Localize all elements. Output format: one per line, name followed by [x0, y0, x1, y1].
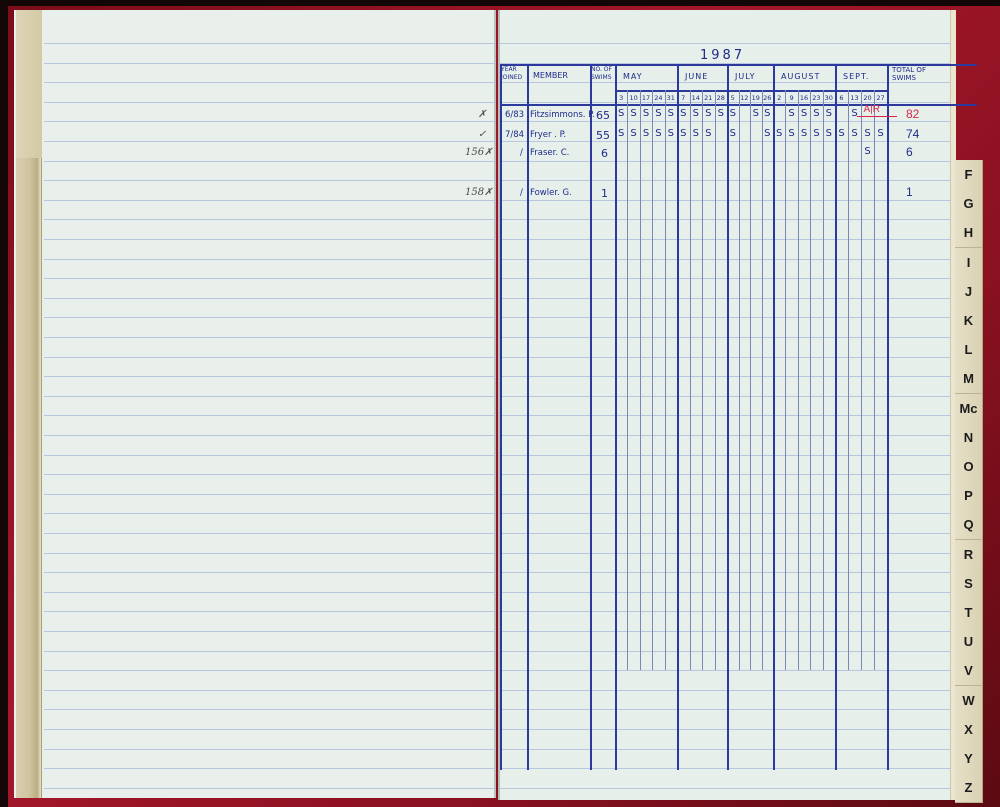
date-column-divider: [702, 90, 703, 670]
column-divider: [615, 64, 617, 770]
index-tab-s[interactable]: S: [955, 569, 983, 599]
ruled-line: [44, 121, 494, 122]
date-label: 23: [810, 94, 822, 102]
date-column-divider: [739, 90, 740, 670]
left-page: [14, 10, 496, 798]
date-column-divider: [823, 90, 824, 670]
attendance-mark: S: [786, 108, 798, 119]
ruled-line: [500, 533, 950, 534]
ruled-line: [44, 63, 494, 64]
attendance-mark: S: [798, 128, 810, 139]
date-label: 20: [862, 94, 874, 102]
index-tab-h[interactable]: H: [955, 218, 983, 248]
ruled-line: [44, 788, 494, 789]
attendance-mark: S: [615, 128, 627, 139]
column-divider: [835, 64, 837, 770]
ruled-line: [44, 200, 494, 201]
attendance-mark: S: [810, 108, 822, 119]
column-divider: [677, 64, 679, 770]
index-tab-o[interactable]: O: [955, 452, 983, 482]
ruled-line: [500, 553, 950, 554]
ruled-line: [44, 298, 494, 299]
attendance-mark: S: [773, 128, 785, 139]
ruled-line: [500, 415, 950, 416]
ruled-line: [44, 278, 494, 279]
attendance-mark: S: [640, 128, 652, 139]
attendance-mark: S: [715, 108, 727, 119]
date-label: 7: [677, 94, 689, 102]
date-column-divider: [640, 90, 641, 670]
ruled-line: [500, 592, 950, 593]
left-page-stub: [16, 158, 42, 798]
ruled-line: [500, 494, 950, 495]
year-joined: 7/84: [505, 130, 524, 140]
ruled-line: [44, 376, 494, 377]
attendance-mark: S: [849, 128, 861, 139]
ruled-line: [44, 435, 494, 436]
index-tab-mc[interactable]: Mc: [955, 394, 983, 424]
attendance-mark: S: [665, 128, 677, 139]
ruled-line: [500, 690, 950, 691]
ruled-line: [44, 82, 494, 83]
ruled-line: [500, 259, 950, 260]
ruled-line: [44, 180, 494, 181]
alphabet-index-tabs: FGHIJKLMMcNOPQRSTUVWXYZ: [955, 160, 985, 800]
margin-mark: ✗: [478, 109, 486, 120]
index-tab-t[interactable]: T: [955, 598, 983, 628]
prior-swims-count: 6: [601, 147, 608, 160]
attendance-mark: S: [786, 128, 798, 139]
year-joined: /: [520, 188, 523, 198]
cover-shadow: [0, 0, 8, 807]
attendance-mark: S: [798, 108, 810, 119]
date-column-divider: [665, 90, 666, 670]
ruled-line: [44, 141, 494, 142]
ruled-line: [44, 396, 494, 397]
date-label: 21: [702, 94, 714, 102]
ruled-line: [500, 200, 950, 201]
attendance-mark: S: [652, 108, 664, 119]
index-tab-w[interactable]: W: [955, 686, 983, 716]
date-column-divider: [785, 90, 786, 670]
date-column-divider: [810, 90, 811, 670]
header-total-swims: Total of Swims: [892, 66, 947, 82]
ruled-line: [500, 82, 950, 83]
attendance-mark: S: [836, 128, 848, 139]
date-column-divider: [762, 90, 763, 670]
ruled-line: [44, 690, 494, 691]
date-column-divider: [874, 90, 875, 670]
ruled-line: [500, 572, 950, 573]
ruled-line: [500, 278, 950, 279]
month-label-june: June: [685, 72, 708, 81]
ruled-line: [44, 259, 494, 260]
date-label: 12: [738, 94, 750, 102]
total-swims: 82: [906, 107, 919, 121]
annotation-ar: A|R: [864, 104, 881, 115]
attendance-mark: S: [652, 128, 664, 139]
attendance-mark: S: [823, 128, 835, 139]
attendance-mark: S: [615, 108, 627, 119]
ruled-line: [500, 239, 950, 240]
attendance-mark: S: [690, 128, 702, 139]
attendance-mark: S: [823, 108, 835, 119]
index-tab-z[interactable]: Z: [955, 773, 983, 803]
ruled-line: [500, 768, 950, 769]
attendance-mark: S: [862, 146, 874, 157]
attendance-mark: S: [677, 128, 689, 139]
member-name: Fryer . P.: [530, 130, 566, 140]
month-label-july: July: [735, 72, 756, 81]
ruled-line: [44, 709, 494, 710]
ruled-line: [44, 768, 494, 769]
attendance-mark: S: [849, 108, 861, 119]
index-tab-q[interactable]: Q: [955, 510, 983, 540]
attendance-mark: S: [862, 128, 874, 139]
header-top-line: [500, 64, 977, 66]
date-label: 19: [750, 94, 762, 102]
ruled-line: [500, 709, 950, 710]
ruled-line: [44, 455, 494, 456]
prior-swims-count: 1: [601, 187, 608, 200]
ruled-line: [44, 102, 494, 103]
column-divider: [773, 64, 775, 770]
column-divider: [527, 64, 529, 770]
cover-shadow: [0, 0, 1000, 6]
date-column-divider: [798, 90, 799, 670]
index-tab-v[interactable]: V: [955, 656, 983, 686]
ruled-line: [500, 749, 950, 750]
date-label: 16: [798, 94, 810, 102]
ruled-line: [44, 219, 494, 220]
ruled-line: [500, 180, 950, 181]
attendance-mark: S: [727, 128, 739, 139]
ruled-line: [44, 572, 494, 573]
date-column-divider: [715, 90, 716, 670]
date-label: 9: [786, 94, 798, 102]
ruled-line: [44, 317, 494, 318]
member-name: Fitzsimmons. P.: [530, 110, 595, 120]
header-member: Member: [533, 72, 568, 80]
attendance-mark: S: [665, 108, 677, 119]
total-swims: 6: [906, 145, 913, 159]
column-divider: [887, 64, 889, 770]
member-name: Fraser. C.: [530, 148, 569, 158]
total-swims: 1: [906, 185, 913, 199]
ruled-line: [500, 729, 950, 730]
index-tab-p[interactable]: P: [955, 481, 983, 511]
date-label: 5: [727, 94, 739, 102]
attendance-mark: S: [875, 128, 887, 139]
date-label: 14: [690, 94, 702, 102]
ruled-line: [44, 415, 494, 416]
ruled-line: [44, 513, 494, 514]
column-divider: [500, 64, 502, 770]
ruled-line: [44, 553, 494, 554]
ruled-line: [500, 455, 950, 456]
ruled-line: [44, 592, 494, 593]
index-tab-m[interactable]: M: [955, 364, 983, 394]
month-label-sept: Sept.: [843, 72, 869, 81]
ledger-year: 1987: [700, 48, 745, 63]
attendance-mark: S: [690, 108, 702, 119]
ruled-line: [500, 513, 950, 514]
date-label: 6: [836, 94, 848, 102]
ruled-line: [44, 357, 494, 358]
ruled-line: [44, 729, 494, 730]
margin-mark: 156✗: [465, 147, 492, 158]
ruled-line: [44, 749, 494, 750]
date-label: 17: [640, 94, 652, 102]
ruled-line: [500, 357, 950, 358]
header-mid-line: [615, 90, 887, 92]
ruled-line: [500, 396, 950, 397]
ruled-line: [500, 219, 950, 220]
date-label: 3: [615, 94, 627, 102]
attendance-mark: S: [750, 108, 762, 119]
date-label: 10: [628, 94, 640, 102]
attendance-mark: S: [761, 108, 773, 119]
attendance-mark: S: [702, 108, 714, 119]
date-column-divider: [848, 90, 849, 670]
ruled-line: [44, 631, 494, 632]
index-tab-u[interactable]: U: [955, 627, 983, 657]
date-label: 24: [652, 94, 664, 102]
total-swims: 74: [906, 127, 919, 141]
ruled-line: [500, 474, 950, 475]
index-tab-x[interactable]: X: [955, 715, 983, 745]
index-tab-f[interactable]: F: [955, 160, 983, 190]
ruled-line: [500, 611, 950, 612]
year-joined: 6/83: [505, 110, 524, 120]
attendance-mark: S: [702, 128, 714, 139]
ruled-line: [44, 670, 494, 671]
attendance-mark: S: [761, 128, 773, 139]
ruled-line: [44, 494, 494, 495]
attendance-mark: S: [628, 108, 640, 119]
ruled-line: [500, 161, 950, 162]
column-divider: [727, 64, 729, 770]
attendance-mark: S: [727, 108, 739, 119]
attendance-mark: S: [628, 128, 640, 139]
date-column-divider: [750, 90, 751, 670]
ruled-line: [44, 161, 494, 162]
ruled-line: [44, 474, 494, 475]
ruled-line: [500, 670, 950, 671]
date-label: 13: [849, 94, 861, 102]
header-year-joined: Year Joined: [501, 66, 525, 82]
prior-swims-count: 65: [596, 109, 610, 122]
ruled-line: [500, 298, 950, 299]
ruled-line: [500, 43, 950, 44]
ruled-line: [500, 435, 950, 436]
ruled-line: [44, 239, 494, 240]
margin-mark: ✓: [478, 129, 486, 140]
date-label: 2: [773, 94, 785, 102]
ruled-line: [44, 611, 494, 612]
ruled-line: [44, 651, 494, 652]
left-page-gutter: [16, 10, 42, 160]
date-column-divider: [690, 90, 691, 670]
date-label: 31: [665, 94, 677, 102]
date-label: 30: [823, 94, 835, 102]
ruled-line: [500, 376, 950, 377]
date-label: 28: [715, 94, 727, 102]
index-tab-k[interactable]: K: [955, 306, 983, 336]
month-label-may: May: [623, 72, 643, 81]
index-tab-g[interactable]: G: [955, 189, 983, 219]
index-tab-j[interactable]: J: [955, 277, 983, 307]
date-column-divider: [861, 90, 862, 670]
index-tab-y[interactable]: Y: [955, 744, 983, 774]
month-label-august: August: [781, 72, 820, 81]
margin-mark: 158✗: [465, 187, 492, 198]
ruled-line: [500, 631, 950, 632]
header-no-of-swims: No. of Swims: [591, 66, 615, 82]
member-name: Fowler. G.: [530, 188, 572, 198]
ruled-line: [500, 788, 950, 789]
date-column-divider: [652, 90, 653, 670]
ruled-line: [500, 121, 950, 122]
column-divider: [590, 64, 592, 770]
index-tab-i[interactable]: I: [955, 248, 983, 278]
index-tab-l[interactable]: L: [955, 335, 983, 365]
ruled-line: [44, 533, 494, 534]
prior-swims-count: 55: [596, 129, 610, 142]
strike-line: [857, 116, 897, 117]
attendance-mark: S: [640, 108, 652, 119]
ruled-line: [44, 43, 494, 44]
date-label: 26: [761, 94, 773, 102]
date-label: 27: [875, 94, 887, 102]
ruled-line: [500, 651, 950, 652]
year-joined: /: [520, 148, 523, 158]
attendance-mark: S: [810, 128, 822, 139]
ruled-line: [500, 141, 950, 142]
index-tab-n[interactable]: N: [955, 423, 983, 453]
index-tab-r[interactable]: R: [955, 540, 983, 570]
ruled-line: [500, 337, 950, 338]
ruled-line: [44, 337, 494, 338]
attendance-mark: S: [677, 108, 689, 119]
ruled-line: [500, 317, 950, 318]
date-column-divider: [627, 90, 628, 670]
